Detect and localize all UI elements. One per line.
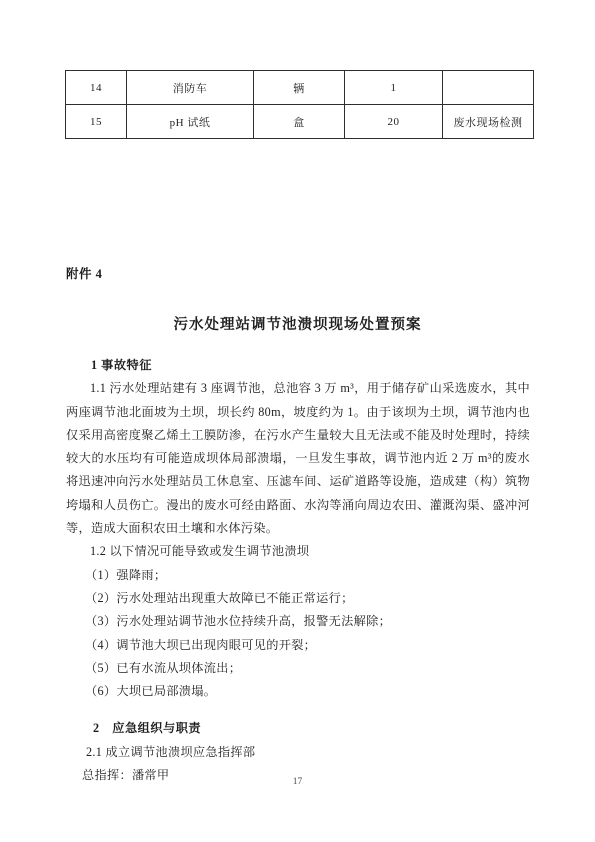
- list-item-6: （6）大坝已局部溃塌。: [66, 680, 530, 703]
- cell-note: [443, 71, 534, 105]
- attachment-label: 附件 4: [66, 264, 102, 282]
- cell-name: 消防车: [127, 71, 254, 105]
- table-row: 14 消防车 辆 1: [66, 71, 534, 105]
- paragraph-2-1: 2.1 成立调节池溃坝应急指挥部: [66, 741, 530, 764]
- cell-name: pH 试纸: [127, 105, 254, 139]
- list-item-1: （1）强降雨；: [66, 564, 530, 587]
- supplies-table: 14 消防车 辆 1 15 pH 试纸 盒 20 废水现场检测: [65, 70, 534, 139]
- paragraph-1-1: 1.1 污水处理站建有 3 座调节池，总池容 3 万 m³，用于储存矿山采选废水…: [66, 377, 530, 540]
- document-page: 14 消防车 辆 1 15 pH 试纸 盒 20 废水现场检测 附件 4 污水处…: [0, 0, 595, 842]
- section-2-heading: 2 应急组织与职责: [66, 717, 530, 740]
- cell-quantity: 20: [345, 105, 443, 139]
- list-item-3: （3）污水处理站调节池水位持续升高，报警无法解除；: [66, 610, 530, 633]
- cell-index: 15: [66, 105, 127, 139]
- section-1-heading: 1 事故特征: [66, 354, 530, 377]
- cell-note: 废水现场检测: [443, 105, 534, 139]
- list-item-5: （5）已有水流从坝体流出；: [66, 657, 530, 680]
- page-number: 17: [0, 777, 595, 787]
- cell-index: 14: [66, 71, 127, 105]
- list-item-4: （4）调节池大坝已出现肉眼可见的开裂；: [66, 634, 530, 657]
- page-title: 污水处理站调节池溃坝现场处置预案: [0, 313, 595, 334]
- document-body: 1 事故特征 1.1 污水处理站建有 3 座调节池，总池容 3 万 m³，用于储…: [66, 354, 530, 787]
- cell-unit: 盒: [254, 105, 345, 139]
- list-item-2: （2）污水处理站出现重大故障已不能正常运行；: [66, 587, 530, 610]
- cell-quantity: 1: [345, 71, 443, 105]
- table-row: 15 pH 试纸 盒 20 废水现场检测: [66, 105, 534, 139]
- cell-unit: 辆: [254, 71, 345, 105]
- paragraph-1-2: 1.2 以下情况可能导致或发生调节池溃坝: [66, 540, 530, 563]
